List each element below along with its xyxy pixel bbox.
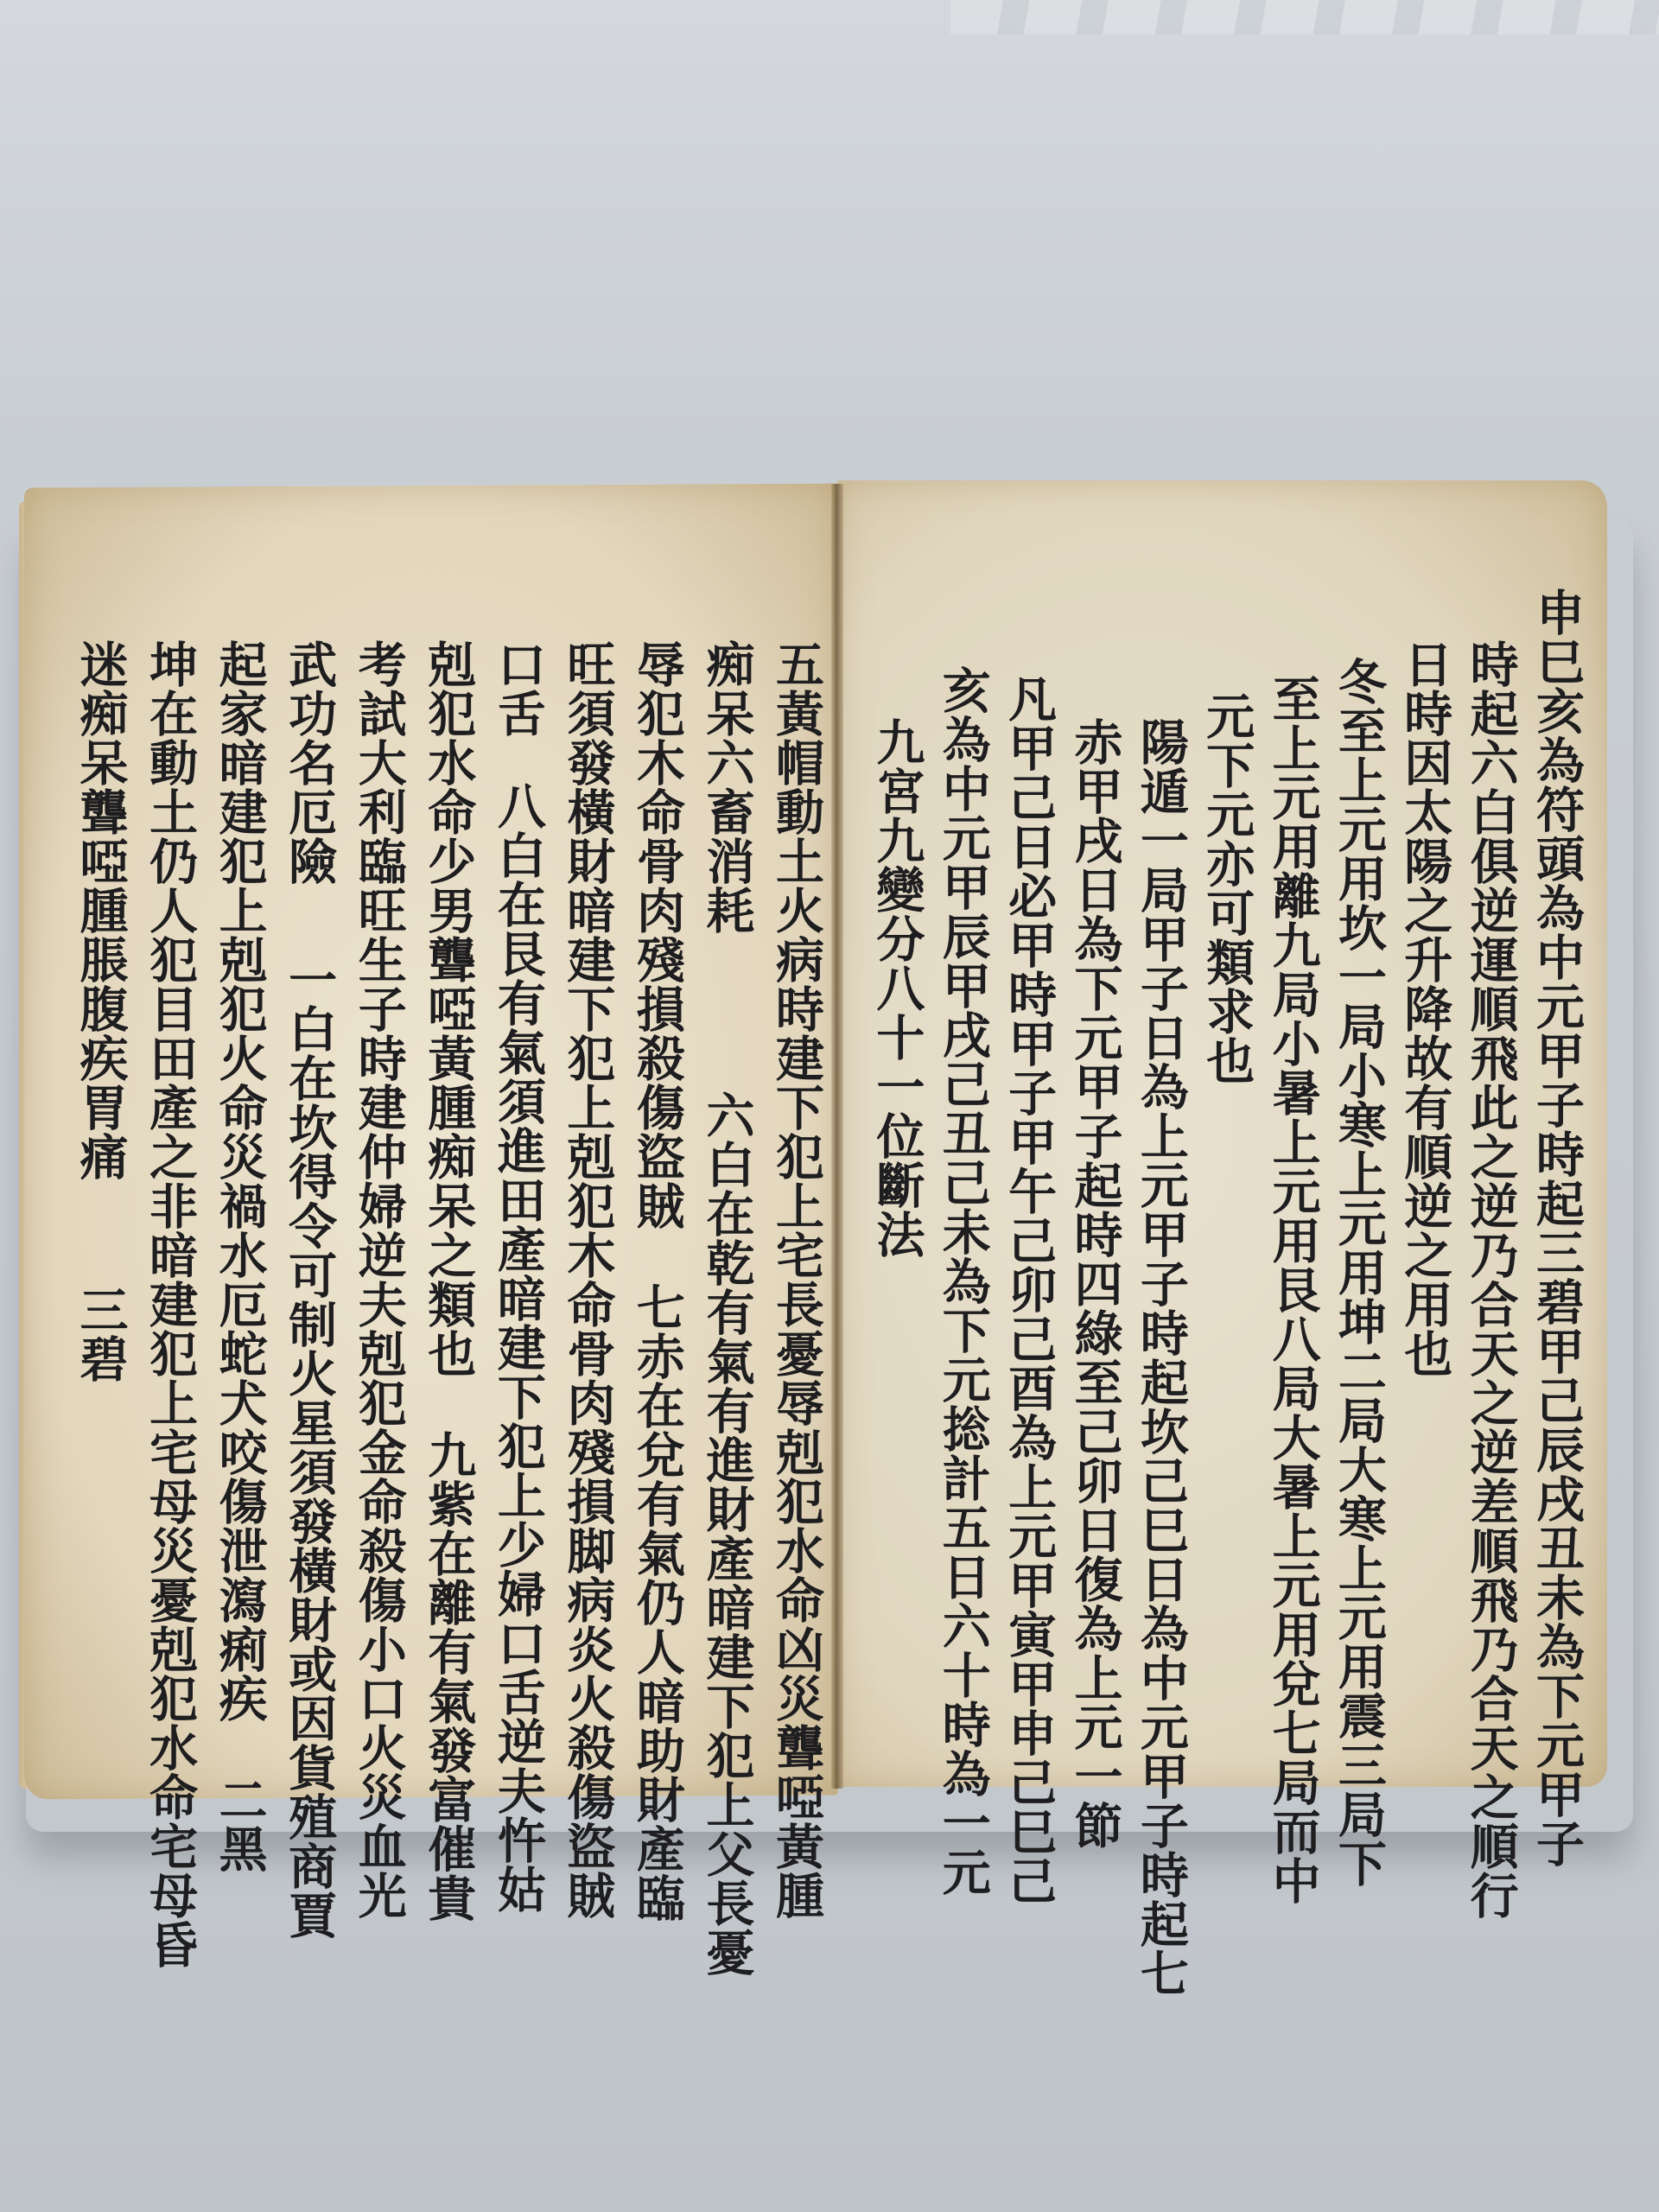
column-text: 赤甲戌日為下元甲子起時四綠至己卯日復為上元一節 — [1066, 717, 1123, 1850]
column-text: 起家暗建犯上剋犯火命災禍水厄蛇犬咬傷泄瀉痢疾 — [212, 639, 269, 1723]
text-column: 九宮九變分八十一位斷法 — [864, 588, 921, 1259]
column-text: 日時因太陽之升降故有順逆之用也 — [1396, 639, 1453, 1378]
text-column: 凡甲己日必甲時甲子甲午己卯己酉為上元甲寅甲申己巳己 — [996, 588, 1053, 1905]
text-column: 痴呆六畜消耗六白在乾有氣有進財產暗建下犯上父長憂 — [687, 622, 752, 1977]
column-text: 冬至上元用坎一局小寒上元用坤二局大寒上元用震三局下 — [1331, 657, 1388, 1888]
column-text: 旺須發橫財暗建下犯上剋犯木命骨肉殘損脚病炎火殺傷盜賊 — [559, 639, 616, 1920]
text-column: 剋犯水命少男聾啞黃腫痴呆之類也九紫在離有氣發富催貴 — [409, 622, 474, 1923]
column-text: 一白在坎得令可制火星須發橫財或因貨殖商賈 — [281, 955, 338, 1940]
column-text: 坤在動土仍人犯目田產之非暗建犯上宅母災憂剋犯水命宅母昏 — [142, 639, 199, 1969]
column-text: 五黃帽動土火病時建下犯上宅長憂辱剋犯水命凶災聾啞黃腫 — [768, 639, 825, 1920]
text-column: 元下元亦可類求也 — [1194, 588, 1251, 1085]
text-column: 坤在動土仍人犯目田產之非暗建犯上宅母災憂剋犯水命宅母昏 — [130, 622, 195, 1969]
text-column: 旺須發橫財暗建下犯上剋犯木命骨肉殘損脚病炎火殺傷盜賊 — [548, 622, 613, 1920]
text-column: 至上元用離九局小暑上元用艮八局大暑上元用兌七局而中 — [1260, 588, 1317, 1905]
column-text: 口舌 — [490, 639, 547, 738]
column-text: 至上元用離九局小暑上元用艮八局大暑上元用兌七局而中 — [1265, 674, 1322, 1905]
text-column: 時起六白俱逆運順飛此之逆乃合天之逆差順飛乃合天之順行 — [1458, 588, 1515, 1920]
column-text: 痴呆六畜消耗 — [698, 639, 755, 935]
column-text: 二黑 — [212, 1775, 269, 1873]
column-text: 亥為中元甲辰甲戌己丑己未為下元捴計五日六十時為一元 — [935, 665, 992, 1897]
text-column: 武功名厄險一白在坎得令可制火星須發橫財或因貨殖商賈 — [270, 622, 334, 1940]
column-text: 元下元亦可類求也 — [1198, 691, 1255, 1085]
column-text: 辱犯木命骨肉殘損殺傷盜賊 — [629, 639, 686, 1230]
right-page-text: 申巳亥為符頭為中元甲子時起三碧甲己辰戌丑未為下元甲子 時起六白俱逆運順飛此之逆乃… — [864, 588, 1581, 1711]
text-column: 辱犯木命骨肉殘損殺傷盜賊七赤在兌有氣仍人暗助財產臨 — [617, 622, 682, 1923]
column-text: 迷痴呆聾啞腫脹腹疾胃痛 — [73, 639, 130, 1181]
text-column: 亥為中元甲辰甲戌己丑己未為下元捴計五日六十時為一元 — [930, 588, 987, 1897]
column-text: 九宮九變分八十一位斷法 — [868, 717, 925, 1259]
column-text: 九紫在離有氣發富催貴 — [420, 1430, 477, 1923]
text-column: 五黃帽動土火病時建下犯上宅長憂辱剋犯水命凶災聾啞黃腫 — [756, 622, 821, 1920]
column-text: 時起六白俱逆運順飛此之逆乃合天之逆差順飛乃合天之順行 — [1463, 639, 1520, 1920]
book-spine — [831, 484, 843, 1789]
column-text: 剋犯水命少男聾啞黃腫痴呆之類也 — [420, 639, 477, 1378]
text-column: 口舌八白在艮有氣須進田產暗建下犯上少婦口舌逆夫忤姑 — [478, 622, 543, 1914]
column-text: 七赤在兌有氣仍人暗助財產臨 — [629, 1282, 686, 1923]
column-text: 武功名厄險 — [281, 639, 338, 886]
text-column: 迷痴呆聾啞腫脹腹疾胃痛三碧 — [60, 622, 125, 1383]
column-text: 八白在艮有氣須進田產暗建下犯上少婦口舌逆夫忤姑 — [490, 781, 547, 1914]
text-column: 冬至上元用坎一局小寒上元用坤二局大寒上元用震三局下 — [1326, 588, 1383, 1888]
column-text: 凡甲己日必甲時甲子甲午己卯己酉為上元甲寅甲申己巳己 — [1001, 674, 1058, 1905]
text-column: 起家暗建犯上剋犯火命災禍水厄蛇犬咬傷泄瀉痢疾二黑 — [200, 622, 264, 1873]
background-table-stripes — [950, 0, 1659, 35]
text-column: 陽遁一局甲子日為上元甲子時起坎己巳日為中元甲子時起七 — [1128, 588, 1185, 1998]
column-text: 三碧 — [73, 1285, 130, 1383]
text-column: 日時因太陽之升降故有順逆之用也 — [1392, 588, 1449, 1378]
text-column: 考試大利臨旺生子時建仲婦逆夫剋犯金命殺傷小口火災血光 — [339, 622, 404, 1920]
column-text: 六白在乾有氣有進財產暗建下犯上父長憂 — [698, 1090, 755, 1977]
column-text: 申巳亥為符頭為中元甲子時起三碧甲己辰戌丑未為下元甲子 — [1529, 588, 1586, 1868]
text-column: 申巳亥為符頭為中元甲子時起三碧甲己辰戌丑未為下元甲子 — [1524, 588, 1581, 1868]
column-text: 考試大利臨旺生子時建仲婦逆夫剋犯金命殺傷小口火災血光 — [351, 639, 408, 1920]
left-page-text: 五黃帽動土火病時建下犯上宅長憂辱剋犯水命凶災聾啞黃腫 痴呆六畜消耗六白在乾有氣有… — [60, 622, 821, 1745]
column-text: 陽遁一局甲子日為上元甲子時起坎己巳日為中元甲子時起七 — [1133, 717, 1190, 1998]
text-column: 赤甲戌日為下元甲子起時四綠至己卯日復為上元一節 — [1062, 588, 1119, 1850]
